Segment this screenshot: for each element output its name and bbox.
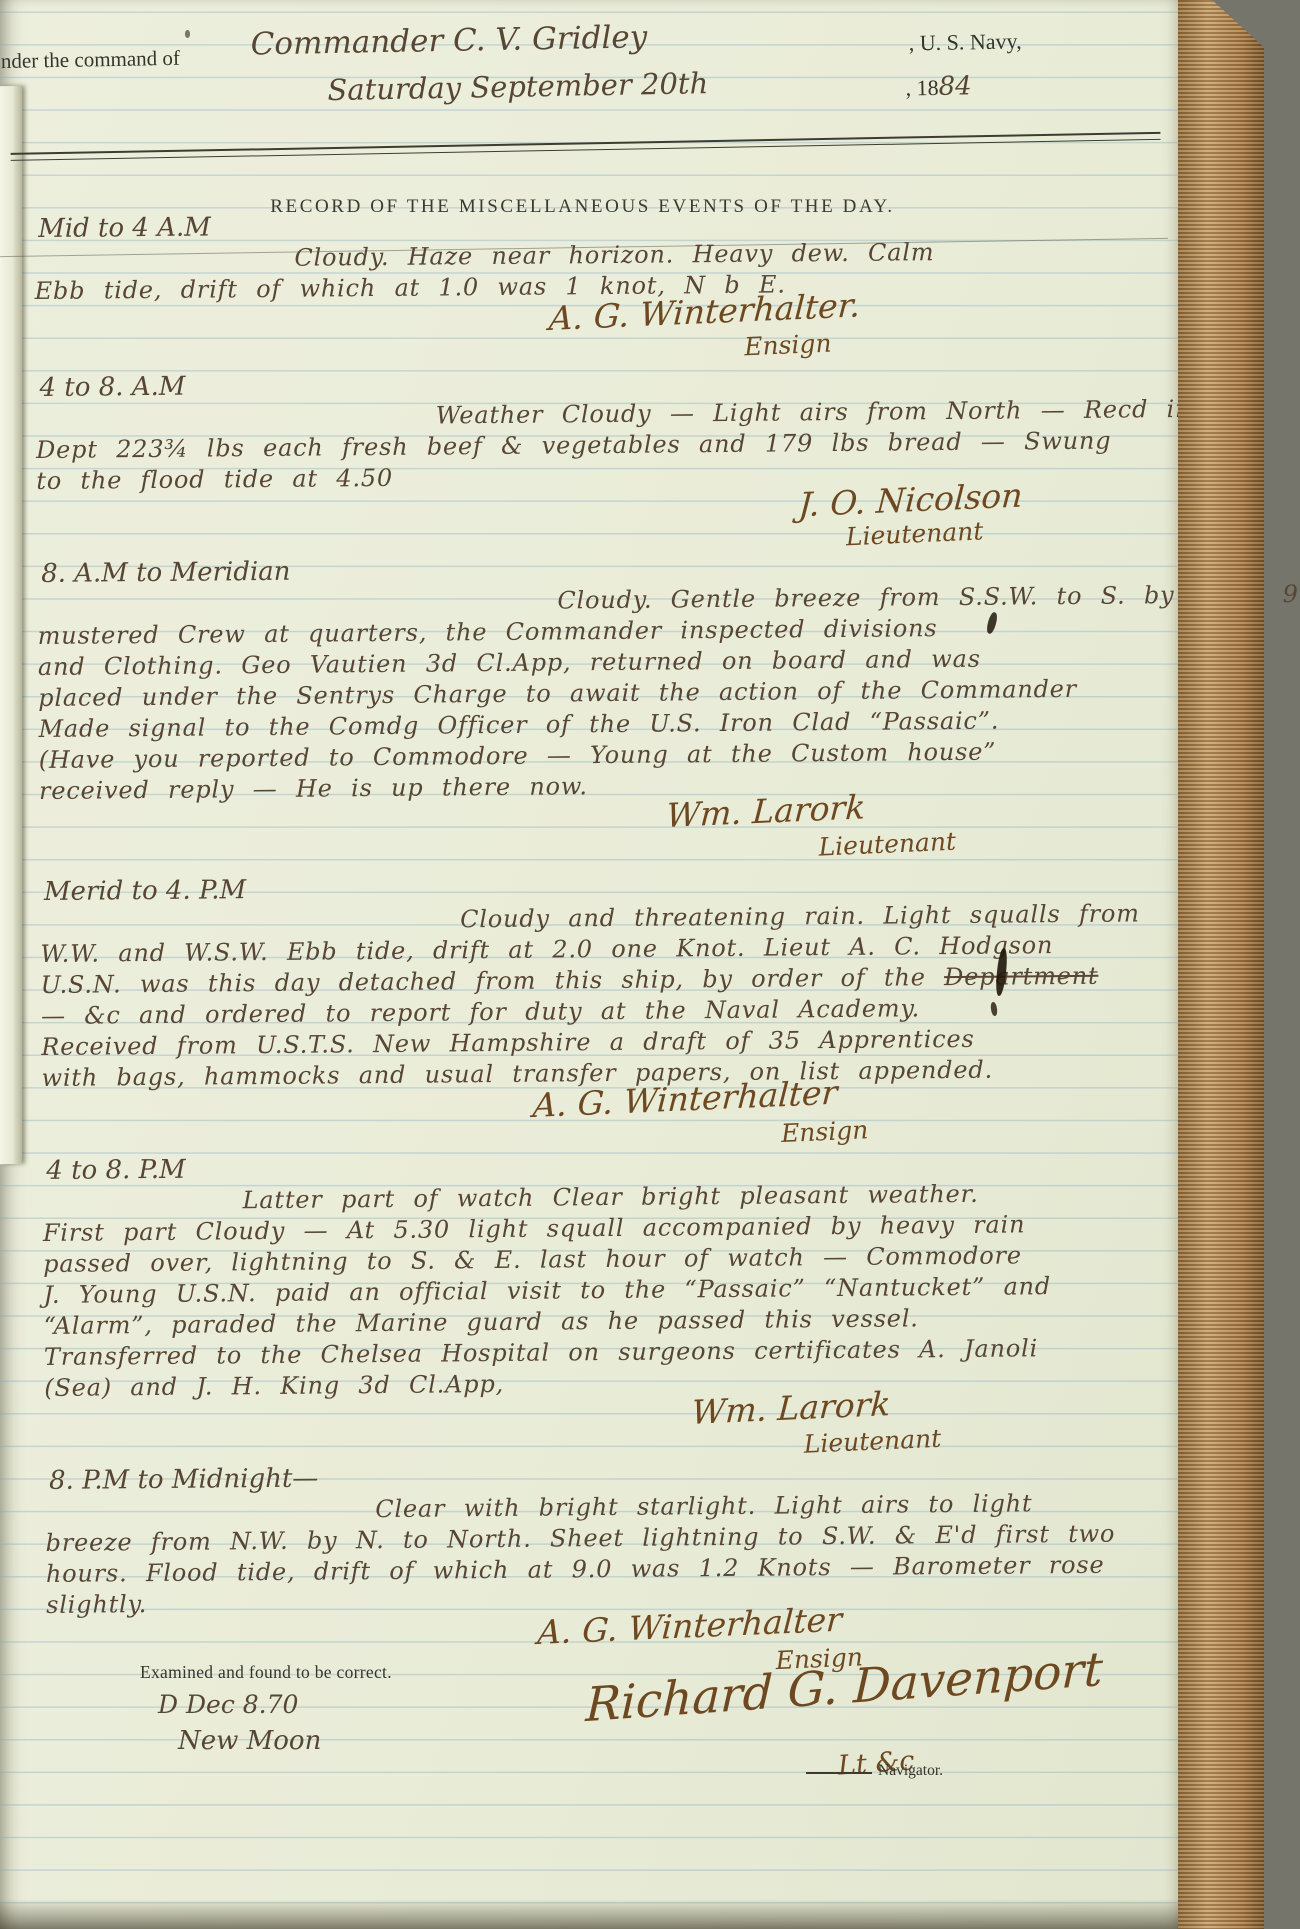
logbook-scan: { "header": { "command_prefix": "nder th…	[0, 0, 1300, 1929]
page-header: nder the command of Commander C. V. Grid…	[0, 0, 1176, 1]
navigator-label: Navigator.	[878, 1762, 943, 1780]
signature-rank: Ensign	[743, 330, 831, 361]
log-entry-4-to-8pm: 4 to 8. P.M Latter part of watch Clear b…	[42, 1146, 1171, 1466]
log-entry-4-to-8am: 4 to 8. A.M Weather Cloudy — Light airs …	[35, 363, 1163, 559]
log-page: nder the command of Commander C. V. Grid…	[0, 0, 1178, 1929]
year-prefix-printed: , 18	[905, 75, 938, 101]
signature-name: Wm. Larork	[690, 1387, 891, 1430]
moon-phase-handwritten: New Moon	[178, 1726, 321, 1756]
log-date-handwritten: Saturday September 20th	[327, 66, 708, 107]
log-entry-8am-to-meridian: 8. A.M to Meridian Cloudy. Gentle breeze…	[37, 549, 1166, 869]
signature-name: A. G. Winterhalter	[537, 1603, 844, 1650]
underlying-page-edge	[0, 86, 22, 1164]
year-handwritten: 84	[938, 71, 972, 102]
signature-rank: Lieutenant	[803, 1425, 942, 1458]
navigator-dash-line	[806, 1772, 872, 1774]
examined-statement: Examined and found to be correct.	[140, 1662, 392, 1683]
signature-rank: Lieutenant	[818, 828, 957, 861]
signature-name: Wm. Larork	[665, 790, 866, 833]
signature-rank: Ensign	[780, 1116, 868, 1147]
log-entry-mid-to-4am: Mid to 4 A.M Cloudy. Haze near horizon. …	[34, 204, 1161, 369]
ink-speck	[185, 30, 190, 38]
moon-note-handwritten: D Dec 8.70	[158, 1690, 298, 1719]
year-line: , 1884	[905, 71, 972, 102]
navy-suffix-text: , U. S. Navy,	[909, 28, 1022, 56]
book-fore-edge	[1178, 0, 1264, 1929]
log-entries: Mid to 4 A.M Cloudy. Haze near horizon. …	[34, 204, 1173, 1683]
struck-out-word: Department	[944, 962, 1099, 991]
log-entry-meridian-to-4pm: Merid to 4. P.M Cloudy and threatening r…	[40, 867, 1168, 1156]
header-divider-rule	[11, 132, 1161, 161]
command-prefix-text: nder the command of	[1, 46, 180, 74]
signature-name: A. G. Winterhalter	[532, 1076, 839, 1123]
signature-rank: Lieutenant	[845, 517, 984, 550]
commander-name-handwritten: Commander C. V. Gridley	[250, 19, 647, 62]
signature-name: J. O. Nicolson	[797, 478, 1023, 522]
